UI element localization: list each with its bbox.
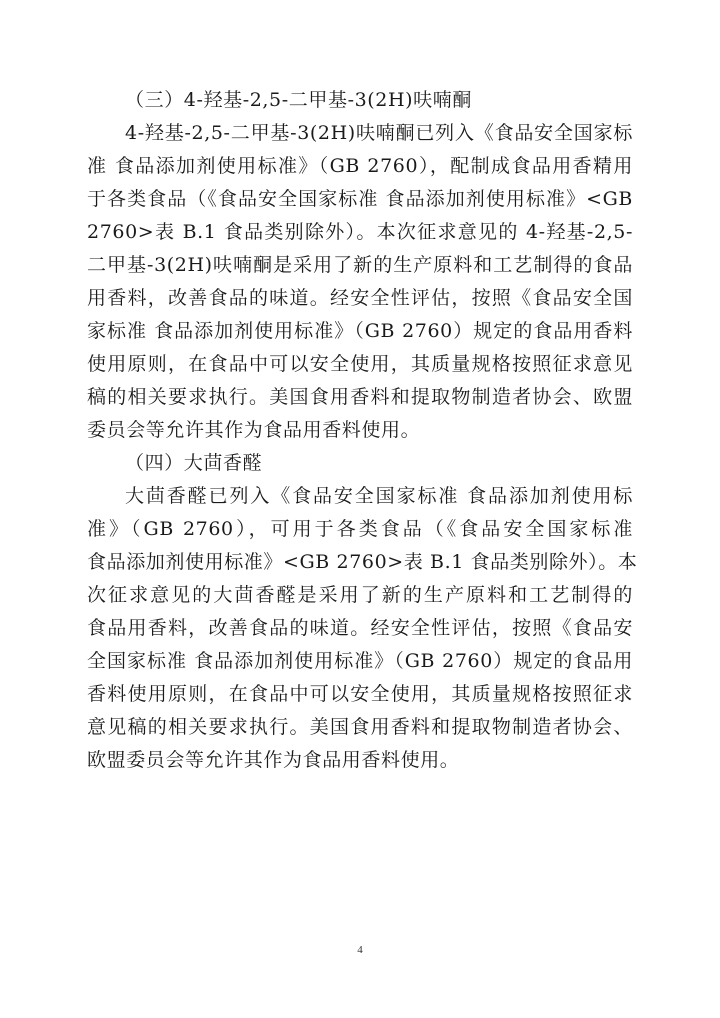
paragraph-line: 用香料，改善食品的味道。经安全性评估，按照《食品安全国 [87, 282, 633, 315]
paragraph-line: 稿的相关要求执行。美国食用香料和提取物制造者协会、欧盟 [87, 381, 633, 414]
paragraph-line: 食品用香料，改善食品的味道。经安全性评估，按照《食品安 [87, 612, 633, 645]
paragraph-line: 食品添加剂使用标准》<GB 2760>表 B.1 食品类别除外）。本 [87, 546, 633, 579]
paragraph-line: 意见稿的相关要求执行。美国食用香料和提取物制造者协会、 [87, 711, 633, 744]
paragraph-line: 欧盟委员会等允许其作为食品用香料使用。 [87, 744, 633, 777]
paragraph-line: 委员会等允许其作为食品用香料使用。 [87, 414, 633, 447]
paragraph-line: 大茴香醛已列入《食品安全国家标准 食品添加剂使用标 [87, 480, 633, 513]
paragraph-line: 次征求意见的大茴香醛是采用了新的生产原料和工艺制得的 [87, 579, 633, 612]
paragraph-line: 全国家标准 食品添加剂使用标准》（GB 2760）规定的食品用 [87, 645, 633, 678]
paragraph-line: 2760>表 B.1 食品类别除外）。本次征求意见的 4-羟基-2,5- [87, 216, 633, 249]
page-number: 4 [0, 944, 720, 956]
paragraph-line: 香料使用原则，在食品中可以安全使用，其质量规格按照征求 [87, 678, 633, 711]
section-heading: （四）大茴香醛 [87, 447, 633, 480]
paragraph-line: 于各类食品（《食品安全国家标准 食品添加剂使用标准》<GB [87, 183, 633, 216]
paragraph-line: 准 食品添加剂使用标准》（GB 2760），配制成食品用香精用 [87, 150, 633, 183]
paragraph-line: 4-羟基-2,5-二甲基-3(2H)呋喃酮已列入《食品安全国家标 [87, 117, 633, 150]
paragraph-line: 二甲基-3(2H)呋喃酮是采用了新的生产原料和工艺制得的食品 [87, 249, 633, 282]
section-heading: （三）4-羟基-2,5-二甲基-3(2H)呋喃酮 [87, 84, 633, 117]
paragraph-line: 家标准 食品添加剂使用标准》（GB 2760）规定的食品用香料 [87, 315, 633, 348]
document-page: （三）4-羟基-2,5-二甲基-3(2H)呋喃酮 4-羟基-2,5-二甲基-3(… [87, 84, 633, 777]
paragraph-line: 准》（GB 2760），可用于各类食品（《食品安全国家标准 [87, 513, 633, 546]
paragraph-line: 使用原则，在食品中可以安全使用，其质量规格按照征求意见 [87, 348, 633, 381]
